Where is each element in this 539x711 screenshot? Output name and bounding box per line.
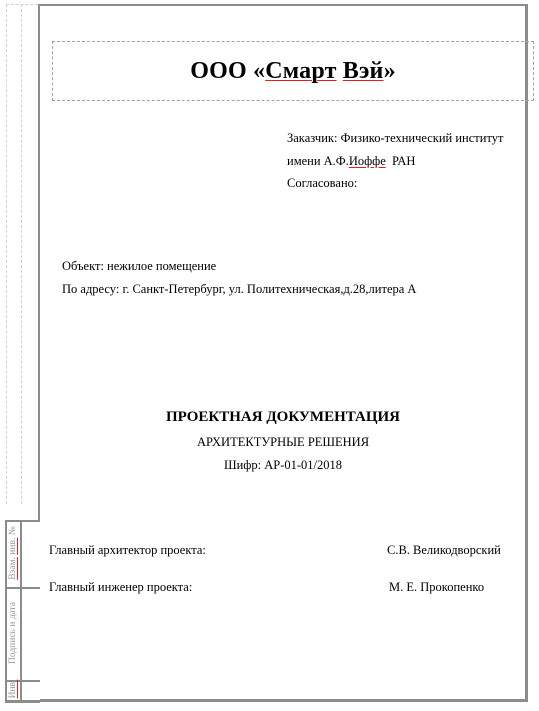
company-title: ООО «Смарт Вэй» — [190, 58, 396, 85]
margin-guide — [21, 4, 22, 504]
object-address: По адресу: г. Санкт-Петербург, ул. Полит… — [62, 282, 416, 297]
margin-guide — [6, 4, 7, 504]
stamp-signature-date-label: Подпись и дата — [8, 593, 18, 673]
stamp-inv-label: Инв. — [8, 669, 18, 709]
side-stamp-table: Взам. инв. № Подпись и дата Инв. — [5, 520, 40, 703]
approved-label: Согласовано: — [287, 176, 357, 191]
signature-name: М. Е. Прокопенко — [389, 580, 484, 595]
documentation-code: Шифр: АР-01-01/2018 — [38, 458, 528, 473]
documentation-title: ПРОЕКТНАЯ ДОКУМЕНТАЦИЯ — [38, 409, 528, 426]
customer-line-2: имени А.Ф.Иоффе РАН — [287, 154, 415, 169]
signature-name: С.В. Великодворский — [387, 543, 501, 558]
page-frame — [38, 4, 528, 702]
margin-guide — [6, 4, 38, 5]
company-title-frame: ООО «Смарт Вэй» — [52, 41, 534, 101]
object-line: Объект: нежилое помещение — [62, 259, 216, 274]
signature-role: Главный архитектор проекта: — [49, 543, 206, 558]
signature-role: Главный инженер проекта: — [49, 580, 192, 595]
customer-line: Заказчик: Физико-технический институт — [287, 131, 503, 146]
stamp-replacement-inv-label: Взам. инв. № — [8, 523, 18, 583]
documentation-section: АРХИТЕКТУРНЫЕ РЕШЕНИЯ — [38, 435, 528, 450]
